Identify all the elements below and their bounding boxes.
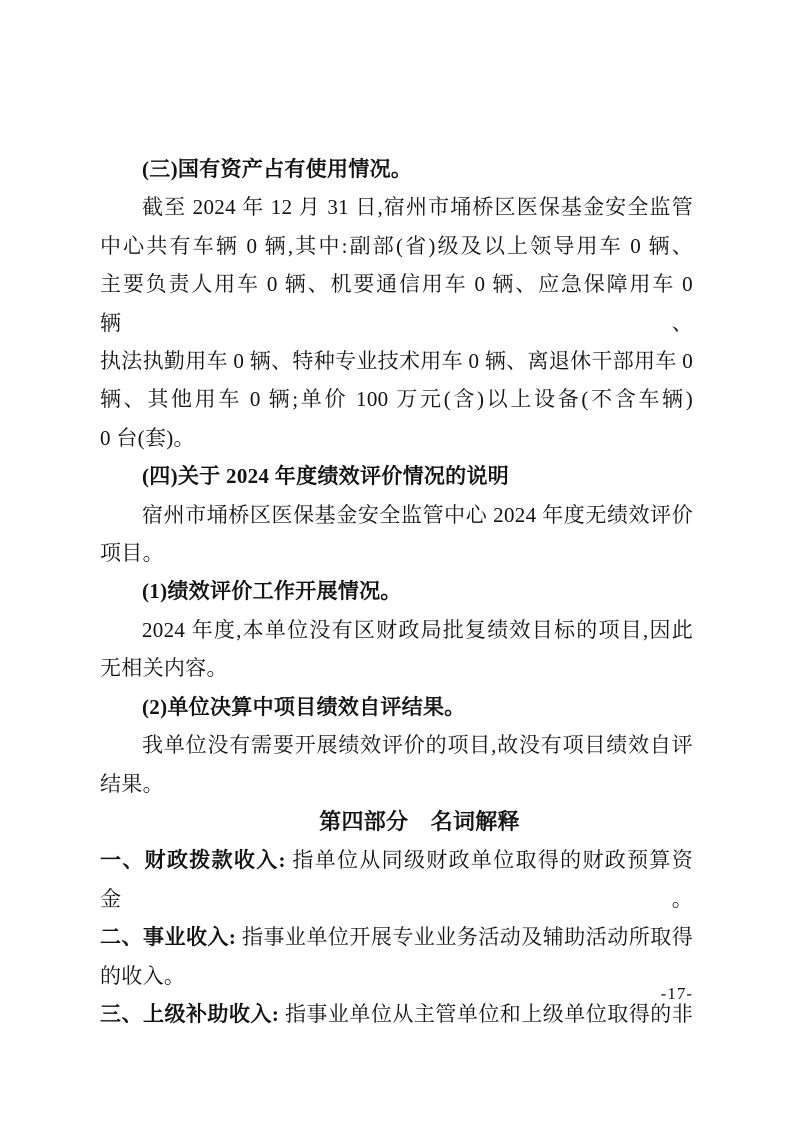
term-3-text: 指事业单位从主管单位和上级单位取得的非	[279, 1002, 693, 1026]
text-block: (三)国有资产占有使用情况。 截至 2024 年 12 月 31 日,宿州市埇桥…	[100, 150, 693, 1033]
section-3-paragraph-line: 截至 2024 年 12 月 31 日,宿州市埇桥区医保基金安全监管	[100, 188, 693, 226]
section-4-paragraph-line: 项目。	[100, 534, 693, 572]
document-page: (三)国有资产占有使用情况。 截至 2024 年 12 月 31 日,宿州市埇桥…	[0, 0, 793, 1122]
subsection-2-paragraph-line: 结果。	[100, 765, 693, 803]
section-3-heading: (三)国有资产占有使用情况。	[100, 150, 693, 188]
section-3-paragraph-line: 执法执勤用车 0 辆、特种专业技术用车 0 辆、离退休干部用车 0	[100, 342, 693, 380]
term-definition-line: 三、上级补助收入: 指事业单位从主管单位和上级单位取得的非	[100, 995, 693, 1033]
part-4-heading: 第四部分 名词解释	[100, 803, 693, 841]
page-number: -17-	[661, 984, 693, 1004]
term-2-text: 指事业单位开展专业业务活动及辅助活动所取得	[236, 925, 693, 949]
subsection-1-paragraph-line: 2024 年度,本单位没有区财政局批复绩效目标的项目,因此	[100, 611, 693, 649]
section-3-paragraph-line: 0 台(套)。	[100, 419, 693, 457]
term-definition-line: 一、财政拨款收入: 指单位从同级财政单位取得的财政预算资金。	[100, 841, 693, 918]
section-4-paragraph-line: 宿州市埇桥区医保基金安全监管中心 2024 年度无绩效评价	[100, 496, 693, 534]
term-3-lead: 三、上级补助收入:	[100, 1002, 279, 1026]
section-3-paragraph-line: 中心共有车辆 0 辆,其中:副部(省)级及以上领导用车 0 辆、	[100, 227, 693, 265]
term-2-lead: 二、事业收入:	[100, 925, 236, 949]
subsection-2-paragraph-line: 我单位没有需要开展绩效评价的项目,故没有项目绩效自评	[100, 726, 693, 764]
subsection-1-paragraph-line: 无相关内容。	[100, 649, 693, 687]
section-4-heading: (四)关于 2024 年度绩效评价情况的说明	[100, 457, 693, 495]
subsection-2-heading: (2)单位决算中项目绩效自评结果。	[100, 688, 693, 726]
section-3-paragraph-line: 辆、其他用车 0 辆;单价 100 万元(含)以上设备(不含车辆)	[100, 380, 693, 418]
subsection-1-heading: (1)绩效评价工作开展情况。	[100, 572, 693, 610]
term-definition-line: 二、事业收入: 指事业单位开展专业业务活动及辅助活动所取得	[100, 918, 693, 956]
term-definition-line: 的收入。	[100, 957, 693, 995]
section-3-paragraph-line: 主要负责人用车 0 辆、机要通信用车 0 辆、应急保障用车 0 辆、	[100, 265, 693, 342]
term-1-lead: 一、财政拨款收入:	[100, 848, 286, 872]
